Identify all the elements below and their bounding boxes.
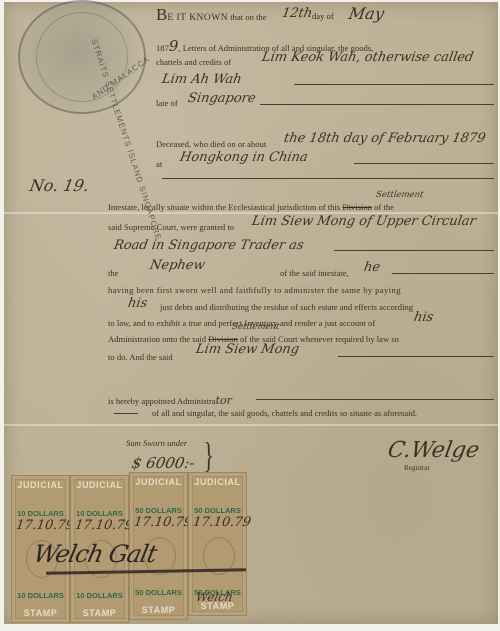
fold-crease — [4, 424, 498, 426]
stamp-value: 10 DOLLARS — [73, 509, 126, 518]
printed-text: of all and singular, the said goods, cha… — [152, 408, 417, 418]
handwritten-pronoun: his — [127, 296, 149, 311]
handwritten-administrator-name: Lim Siew Mong of Upper Circular — [251, 214, 477, 229]
handwritten-pronoun: he — [363, 260, 382, 275]
handwritten-insert: Settlement — [375, 190, 424, 200]
registrar-signature: C.Welge — [386, 438, 481, 463]
printed-text: day of — [312, 11, 334, 21]
stamp-bottom-label: STAMP — [74, 608, 125, 618]
printed-text: said Supreme Court, were granted to — [108, 222, 234, 232]
stamp-bottom-label: STAMP — [133, 605, 184, 615]
stamp-cancellation-signature: Welch Galt — [31, 540, 159, 568]
registrar-title: Registrar — [404, 464, 430, 472]
sum-sworn-label: Sum Sworn under — [126, 438, 187, 448]
stamp-date: 17.10.79 — [192, 515, 252, 530]
printed-text: to do. And the said — [108, 352, 173, 362]
stamp-value: 10 DOLLARS — [73, 591, 126, 600]
stamp-value: 10 DOLLARS — [14, 509, 67, 518]
printed-text: late of — [156, 98, 178, 108]
year-prefix: 187 — [156, 43, 169, 53]
printed-text: Intestate, locally situate within the Ec… — [108, 202, 394, 212]
stamp-value: 10 DOLLARS — [14, 591, 67, 600]
handwritten-year-digit: 9 — [169, 37, 179, 55]
stamp-value: 50 DOLLARS — [132, 506, 185, 515]
heading-initial: B — [156, 5, 167, 24]
heading-rest: E IT KNOWN — [167, 13, 228, 23]
handwritten-relation: Nephew — [149, 258, 206, 273]
printed-text: of the — [374, 202, 394, 212]
stamp-top-label: JUDICIAL — [192, 477, 243, 487]
stamp-top-label: JUDICIAL — [133, 477, 184, 487]
handwritten-month: May — [347, 4, 385, 23]
struck-text: Division — [342, 202, 372, 212]
fill-line — [354, 163, 494, 164]
printed-text: Administration unto the said — [108, 334, 206, 344]
fill-line — [114, 413, 138, 414]
printed-text: chattels and credits of — [156, 57, 231, 67]
handwritten-suffix: tor — [216, 394, 232, 407]
stamp-bottom-label: STAMP — [15, 608, 66, 618]
stamp-date: 17.10.79 — [133, 515, 193, 530]
handwritten-death-date: the 18th day of February 1879 — [283, 131, 487, 146]
stamp-top-label: JUDICIAL — [74, 480, 125, 490]
stamp-top-label: JUDICIAL — [15, 480, 66, 490]
document-number: No. 19. — [28, 176, 90, 195]
printed-text: that on the — [230, 12, 266, 22]
fill-line — [162, 178, 494, 179]
sum-sworn-amount: $ 6000:- — [130, 454, 196, 472]
printed-text: the — [108, 268, 119, 278]
stamp-date: 17.10.79 — [15, 518, 75, 533]
printed-text: Deceased, who died on or about — [156, 139, 266, 149]
stamp-value: 50 DOLLARS — [191, 506, 244, 515]
brace-icon: } — [203, 434, 213, 476]
handwritten-deceased-name: Lim Keok Wah, otherwise called — [261, 50, 475, 65]
handwritten-death-place: Hongkong in China — [179, 150, 309, 165]
court-seal: STRAITS SETTLEMENTS ISLAND SINGAPORE AND… — [18, 0, 146, 114]
fill-line — [392, 273, 494, 274]
fill-line — [338, 356, 494, 357]
stamp-cancellation-initial: Welch — [195, 590, 234, 604]
printed-text: having been first sworn well and faithfu… — [108, 285, 401, 295]
printed-text: Intestate, locally situate within the Ec… — [108, 202, 340, 212]
printed-text: just debts and distributing the residue … — [160, 302, 413, 312]
printed-text: at — [156, 159, 162, 169]
handwritten-insert: Settlement — [231, 322, 280, 332]
stamp-value: 50 DOLLARS — [132, 588, 185, 597]
stamp-date: 17.10.79 — [74, 518, 134, 533]
handwritten-late-of-place: Singapore — [187, 91, 257, 106]
printed-text: is hereby appointed Administra — [108, 396, 216, 406]
handwritten-day: 12th — [281, 6, 314, 21]
fill-line — [256, 399, 494, 400]
handwritten-administrator-name: Lim Siew Mong — [195, 342, 301, 357]
printed-text: of the said intestate, — [280, 268, 349, 278]
handwritten-address: Road in Singapore Trader as — [113, 238, 305, 253]
fill-line — [334, 250, 494, 251]
handwritten-alias-name: Lim Ah Wah — [161, 72, 243, 87]
handwritten-pronoun: his — [413, 310, 435, 325]
fill-line — [294, 84, 494, 85]
heading: BE IT KNOWN that on the — [156, 5, 267, 25]
printed-text: is hereby appointed Administrator — [108, 394, 232, 407]
fill-line — [260, 104, 494, 105]
